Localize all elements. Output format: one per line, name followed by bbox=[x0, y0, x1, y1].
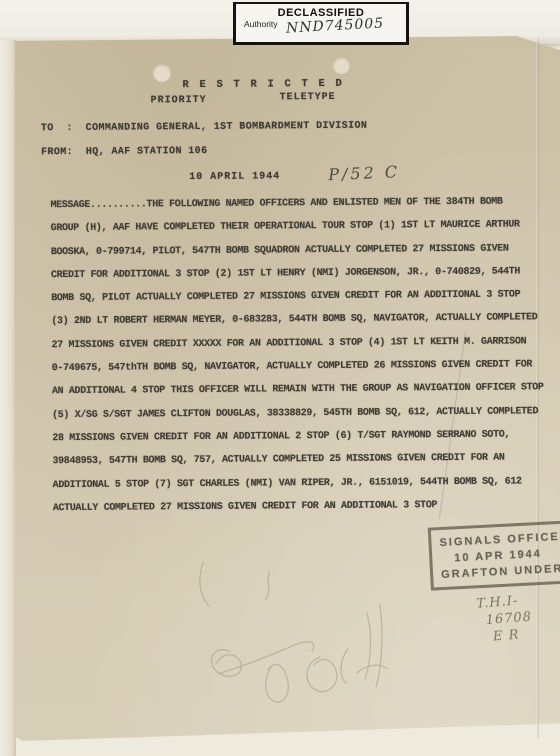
to-line: TO : COMMANDING GENERAL, 1ST BOMBARDMENT… bbox=[41, 121, 368, 135]
classification-header: R E S T R I C T E D bbox=[182, 78, 344, 91]
declassified-stamp: DECLASSIFIED Authority NND745005 bbox=[233, 2, 409, 45]
date-line: 10 APRIL 1944 bbox=[189, 171, 280, 183]
teletype-label: TELETYPE bbox=[280, 92, 336, 103]
signals-office-received-stamp: SIGNALS OFFICE 10 APR 1944 GRAFTON UNDER… bbox=[428, 517, 560, 590]
priority-label: PRIORITY bbox=[151, 95, 207, 106]
handwritten-routing-mark: P/52 C bbox=[328, 162, 401, 184]
from-line: FROM: HQ, AAF STATION 106 bbox=[41, 146, 208, 158]
scanned-document-page: R E S T R I C T E D PRIORITY TELETYPE TO… bbox=[0, 0, 560, 756]
message-body: MESSAGE..........THE FOLLOWING NAMED OFF… bbox=[50, 196, 553, 526]
pencil-scribbles bbox=[151, 552, 423, 754]
message-line: ACTUALLY COMPLETED 27 MISSIONS GIVEN CRE… bbox=[53, 499, 553, 526]
document-content: R E S T R I C T E D PRIORITY TELETYPE TO… bbox=[0, 0, 560, 756]
pencil-annotation: T.H.I- 16708 E R bbox=[476, 592, 534, 647]
